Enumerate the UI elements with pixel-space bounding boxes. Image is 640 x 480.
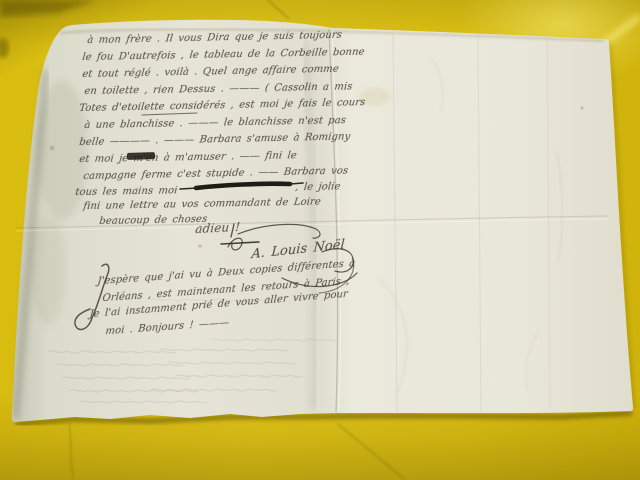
backdrop-thread: [69, 424, 74, 480]
closing-adieu: adieu !: [195, 220, 241, 236]
backdrop-crease-bottom: [338, 424, 404, 479]
handwriting-line: beaucoup de choses: [99, 214, 208, 227]
photo-background: à mon frère . Il vous Dira que je suis t…: [0, 0, 640, 480]
backdrop-smudge: [0, 38, 9, 58]
ink-scratch-blob: [127, 152, 155, 160]
backdrop-dark-corner: [0, 0, 98, 17]
handwriting-line: , le jolie: [295, 181, 341, 193]
handwriting-line: tous les mains moi: [75, 185, 178, 198]
backdrop-crease-top: [268, 0, 289, 19]
